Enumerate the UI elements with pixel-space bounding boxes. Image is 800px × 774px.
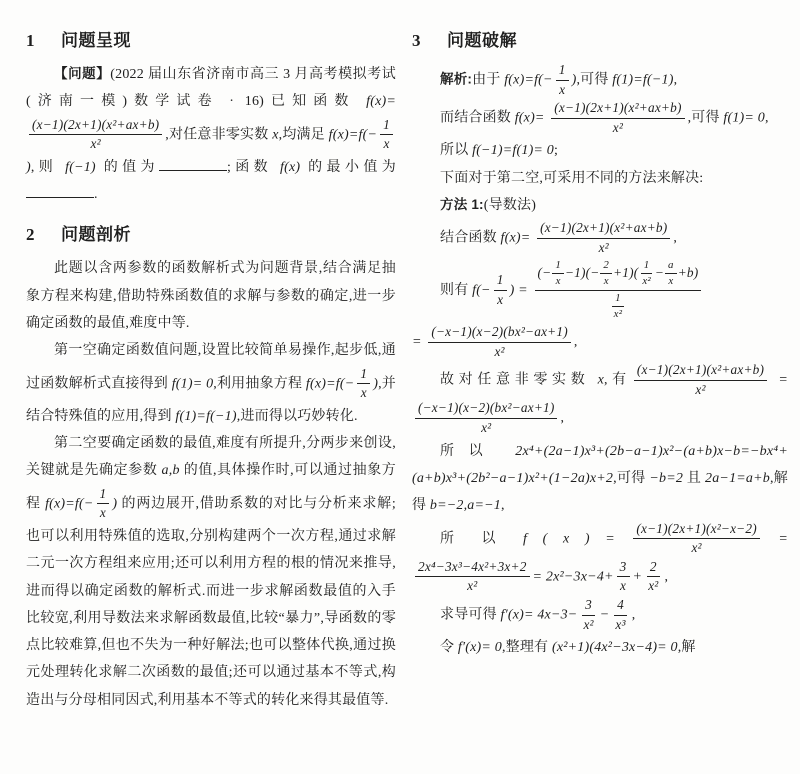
paragraph: 故对任意非零实数 x,有(x−1)(2x+1)(x²+ax+b)x² = (−x… <box>412 361 788 437</box>
fraction: (x−1)(2x+1)(x²+ax+b)x² <box>634 362 767 398</box>
fraction-numerator: 1 <box>556 62 569 81</box>
fraction-numerator: 1 <box>641 259 653 275</box>
math-text: f′(x)= 0 <box>458 640 502 655</box>
fraction-numerator: (−1x−1)(−2x+1)(1x²−ax+b) <box>535 259 702 291</box>
fraction-numerator: 1 <box>612 292 624 308</box>
fraction: 1x <box>357 366 370 402</box>
paragraph: 解析:由于 f(x)=f(−1x),可得 f(1)=f(−1), <box>412 61 788 99</box>
fraction-denominator: x <box>601 274 612 289</box>
fraction-numerator: 2x⁴−3x³−4x²+3x+2 <box>415 559 530 578</box>
text-run: 且 <box>683 471 705 486</box>
text-run: 则有 <box>440 283 472 298</box>
fraction: 1x² <box>611 292 626 322</box>
fraction-denominator: x <box>665 274 676 289</box>
text-run: ,解 <box>678 640 696 655</box>
fraction-numerator: (x−1)(2x+1)(x²−x−2) <box>633 521 759 540</box>
fraction-numerator: 3 <box>582 597 595 616</box>
paragraph: 第二空要确定函数的最值,难度有所提升,分两步来创设,关键就是先确定参数 a,b … <box>26 430 396 714</box>
math-text: 2a−1=a+b <box>705 471 770 486</box>
section-heading: 1问题呈现 <box>26 26 396 51</box>
paragraph: 令 f′(x)= 0,整理有 (x²+1)(4x²−3x−4)= 0,解 <box>412 634 788 661</box>
fraction-numerator: (x−1)(2x+1)(x²+ax+b) <box>634 362 767 381</box>
fraction: (x−1)(2x+1)(x²+ax+b)x² <box>29 117 162 153</box>
math-text: ) = <box>510 283 532 298</box>
fraction: (−x−1)(x−2)(bx²−ax+1)x² <box>428 324 570 360</box>
text-run: (导数法) <box>484 198 536 213</box>
left-column: 1问题呈现【问题】(2022 届山东省济南市高三 3 月高考模拟考试(济南一模)… <box>26 14 396 774</box>
fraction-denominator: x <box>381 135 393 153</box>
text-run: 由于 <box>472 72 504 87</box>
bold-lead: 【问题】 <box>54 66 110 81</box>
right-column: 3问题破解解析:由于 f(x)=f(−1x),可得 f(1)=f(−1),而结合… <box>412 14 788 774</box>
fraction-denominator: x² <box>491 343 507 361</box>
fraction-numerator: (−x−1)(x−2)(bx²−ax+1) <box>415 400 557 419</box>
text-run: ,整理有 <box>502 640 552 655</box>
section-number: 2 <box>26 225 35 245</box>
fraction-numerator: (−x−1)(x−2)(bx²−ax+1) <box>428 324 570 343</box>
fraction-numerator: 1 <box>494 272 507 291</box>
fraction-numerator: 4 <box>614 597 627 616</box>
paragraph: 此题以含两参数的函数解析式为问题背景,结合满足抽象方程来构建,借助特殊函数值的求… <box>26 255 396 337</box>
section-heading: 2问题剖析 <box>26 220 396 245</box>
fraction: 1x <box>380 117 393 153</box>
bold-lead: 方法 1: <box>440 197 484 212</box>
paragraph: 下面对于第二空,可采用不同的方法来解决: <box>412 165 788 192</box>
fraction-denominator: x <box>553 274 564 289</box>
math-text: f(1)=f(−1) <box>612 72 673 87</box>
fraction-numerator: (x−1)(2x+1)(x²+ax+b) <box>537 220 670 239</box>
paragraph: 方法 1:(导数法) <box>412 192 788 219</box>
fraction-numerator: (x−1)(2x+1)(x²+ax+b) <box>551 100 684 119</box>
text-run: 结合函数 <box>440 231 501 246</box>
text-run: 的最小值为 <box>300 160 396 175</box>
fraction-numerator: 1 <box>97 486 110 505</box>
math-text: (− <box>538 265 552 282</box>
document-page: 1问题呈现【问题】(2022 届山东省济南市高三 3 月高考模拟考试(济南一模)… <box>0 0 800 774</box>
fraction-numerator: 2 <box>600 259 612 275</box>
text-run: 而结合函数 <box>440 111 515 126</box>
text-run: , <box>673 231 677 246</box>
fraction: (−1x−1)(−2x+1)(1x²−ax+b)1x² <box>535 259 702 323</box>
math-text: f(x)= <box>515 111 549 126</box>
math-text: − <box>655 265 664 282</box>
text-run: ;函数 <box>227 160 280 175</box>
math-text: − <box>600 607 610 622</box>
section-heading: 3问题破解 <box>412 26 788 51</box>
math-text: f(x) <box>280 160 300 175</box>
fraction-numerator: 3 <box>617 559 630 578</box>
text-run: , <box>574 334 578 349</box>
fraction: 1x <box>494 272 507 308</box>
fraction-denominator: x² <box>611 307 626 322</box>
fraction: 1x² <box>639 259 654 289</box>
text-run: ,则 <box>31 160 65 175</box>
section-title: 问题剖析 <box>61 220 131 245</box>
text-run: 所以 <box>440 143 472 158</box>
section-title: 问题呈现 <box>61 26 131 51</box>
math-text: = <box>770 373 788 388</box>
math-text: f(x)=f(− <box>504 72 552 87</box>
fraction: 2x² <box>645 559 661 595</box>
fraction-denominator: x² <box>580 616 596 634</box>
paragraph: 所以 2x⁴+(2a−1)x³+(2b−a−1)x²−(a+b)x−b=−bx⁴… <box>412 438 788 520</box>
fraction-denominator: x² <box>464 577 480 595</box>
paragraph: 求导可得 f′(x)= 4x−3−3x²−4x³, <box>412 596 788 634</box>
math-text: f(x)=f(− <box>306 376 354 391</box>
math-text: f(x)= <box>366 94 396 109</box>
math-text: f ( x ) = <box>523 531 630 546</box>
fraction-denominator: x <box>617 577 629 595</box>
fraction-denominator: x² <box>88 135 104 153</box>
fraction: 2x <box>600 259 612 289</box>
fraction-denominator: x² <box>610 119 626 137</box>
text-run: ,可得 <box>613 471 649 486</box>
section-number: 1 <box>26 31 35 51</box>
text-run: , <box>560 411 564 426</box>
fraction-denominator: x² <box>639 274 654 289</box>
math-text: a,b <box>162 463 180 478</box>
fraction-denominator: x <box>97 504 109 522</box>
math-text: f(−1)=f(1)= 0 <box>472 143 554 158</box>
fraction-denominator: x² <box>692 381 708 399</box>
text-run: ; <box>554 143 558 158</box>
math-text: f′(x)= 4x−3− <box>501 607 578 622</box>
fraction-numerator: (x−1)(2x+1)(x²+ax+b) <box>29 117 162 136</box>
blank-line <box>26 184 94 198</box>
section-title: 问题破解 <box>447 26 517 51</box>
text-run: ,有 <box>604 373 631 388</box>
math-text: + <box>633 569 643 584</box>
math-text: (x²+1)(4x²−3x−4)= 0 <box>552 640 678 655</box>
math-text: f(−1) <box>65 160 96 175</box>
fraction-denominator: x <box>556 81 568 99</box>
text-run: , <box>765 111 769 126</box>
text-run: , <box>632 607 636 622</box>
text-run: , <box>664 569 668 584</box>
fraction-denominator: x <box>358 384 370 402</box>
fraction-denominator: x <box>494 291 506 309</box>
fraction-numerator: a <box>665 259 677 275</box>
fraction: (−x−1)(x−2)(bx²−ax+1)x² <box>415 400 557 436</box>
math-text: b=−2,a=−1 <box>430 498 501 513</box>
math-text: +b) <box>678 265 699 282</box>
fraction: ax <box>665 259 677 289</box>
bold-lead: 解析: <box>440 71 472 86</box>
fraction: (x−1)(2x+1)(x²+ax+b)x² <box>551 100 684 136</box>
math-text: f(− <box>472 283 491 298</box>
text-run: , <box>674 72 678 87</box>
math-text: = 2x²−3x−4+ <box>533 569 614 584</box>
math-text: = <box>412 334 425 349</box>
text-run: , <box>501 498 505 513</box>
fraction-numerator: 1 <box>380 117 393 136</box>
text-run: ,均满足 <box>279 127 329 142</box>
fraction: 1x <box>552 259 564 289</box>
fraction-numerator: 1 <box>552 259 564 275</box>
paragraph: 结合函数 f(x)= (x−1)(2x+1)(x²+ax+b)x², <box>412 219 788 257</box>
text-run: . <box>94 187 98 202</box>
text-run: 所 以 <box>440 531 523 546</box>
text-run: 故对任意非零实数 <box>440 373 598 388</box>
paragraph: 【问题】(2022 届山东省济南市高三 3 月高考模拟考试(济南一模)数学试卷 … <box>26 61 396 208</box>
math-text: −b=2 <box>649 471 683 486</box>
math-text: f(1)=f(−1) <box>175 409 236 424</box>
text-run: ,可得 <box>576 72 612 87</box>
fraction: 4x³ <box>612 597 628 633</box>
math-text: −1)(− <box>565 265 599 282</box>
fraction-denominator: x² <box>596 239 612 257</box>
text-run: 所以 <box>440 444 515 459</box>
blank-line <box>159 157 227 171</box>
fraction: 3x² <box>580 597 596 633</box>
section-number: 3 <box>412 31 421 51</box>
fraction-denominator: 1x² <box>607 291 630 322</box>
paragraph: 所以 f(−1)=f(1)= 0; <box>412 137 788 164</box>
text-run: 的两边展开,借助系数的对比与分析来求解;也可以利用特殊值的选取,分别构建两个一次… <box>26 496 396 708</box>
text-run: 的值为 <box>96 160 159 175</box>
text-run: ,对任意非零实数 <box>165 127 272 142</box>
text-run: 求导可得 <box>440 607 501 622</box>
paragraph: 则有 f(−1x) = (−1x−1)(−2x+1)(1x²−ax+b)1x² <box>412 258 788 324</box>
math-text: f(1)= 0 <box>723 111 765 126</box>
fraction: 1x <box>556 62 569 98</box>
fraction: (x−1)(2x+1)(x²+ax+b)x² <box>537 220 670 256</box>
fraction-numerator: 2 <box>647 559 660 578</box>
math-text: = <box>763 531 788 546</box>
fraction: 3x <box>617 559 630 595</box>
text-run: 令 <box>440 640 458 655</box>
math-text: f(x)=f(− <box>45 496 93 511</box>
paragraph: = (−x−1)(x−2)(bx²−ax+1)x², <box>412 323 788 361</box>
math-text: f(x)=f(− <box>329 127 377 142</box>
fraction: 1x <box>97 486 110 522</box>
fraction: 2x⁴−3x³−4x²+3x+2x² <box>415 559 530 595</box>
text-run: ,可得 <box>688 111 724 126</box>
fraction-denominator: x³ <box>612 616 628 634</box>
paragraph: 第一空确定函数值问题,设置比较简单易操作,起步低,通过函数解析式直接得到 f(1… <box>26 337 396 430</box>
math-text: f(x)= <box>501 231 535 246</box>
paragraph: 而结合函数 f(x)= (x−1)(2x+1)(x²+ax+b)x²,可得 f(… <box>412 99 788 137</box>
math-text: f(1)= 0 <box>172 376 214 391</box>
fraction-denominator: x² <box>645 577 661 595</box>
text-run: ,利用抽象方程 <box>213 376 306 391</box>
text-run: 下面对于第二空,可采用不同的方法来解决: <box>440 171 703 186</box>
paragraph: 所 以 f ( x ) = (x−1)(2x+1)(x²−x−2)x² = 2x… <box>412 520 788 596</box>
fraction-denominator: x² <box>688 539 704 557</box>
fraction-numerator: 1 <box>357 366 370 385</box>
fraction: (x−1)(2x+1)(x²−x−2)x² <box>633 521 759 557</box>
text-run: 此题以含两参数的函数解析式为问题背景,结合满足抽象方程来构建,借助特殊函数值的求… <box>26 261 396 331</box>
math-text: +1)( <box>613 265 638 282</box>
fraction-denominator: x² <box>478 419 494 437</box>
text-run: ,进而得以巧妙转化. <box>237 409 358 424</box>
